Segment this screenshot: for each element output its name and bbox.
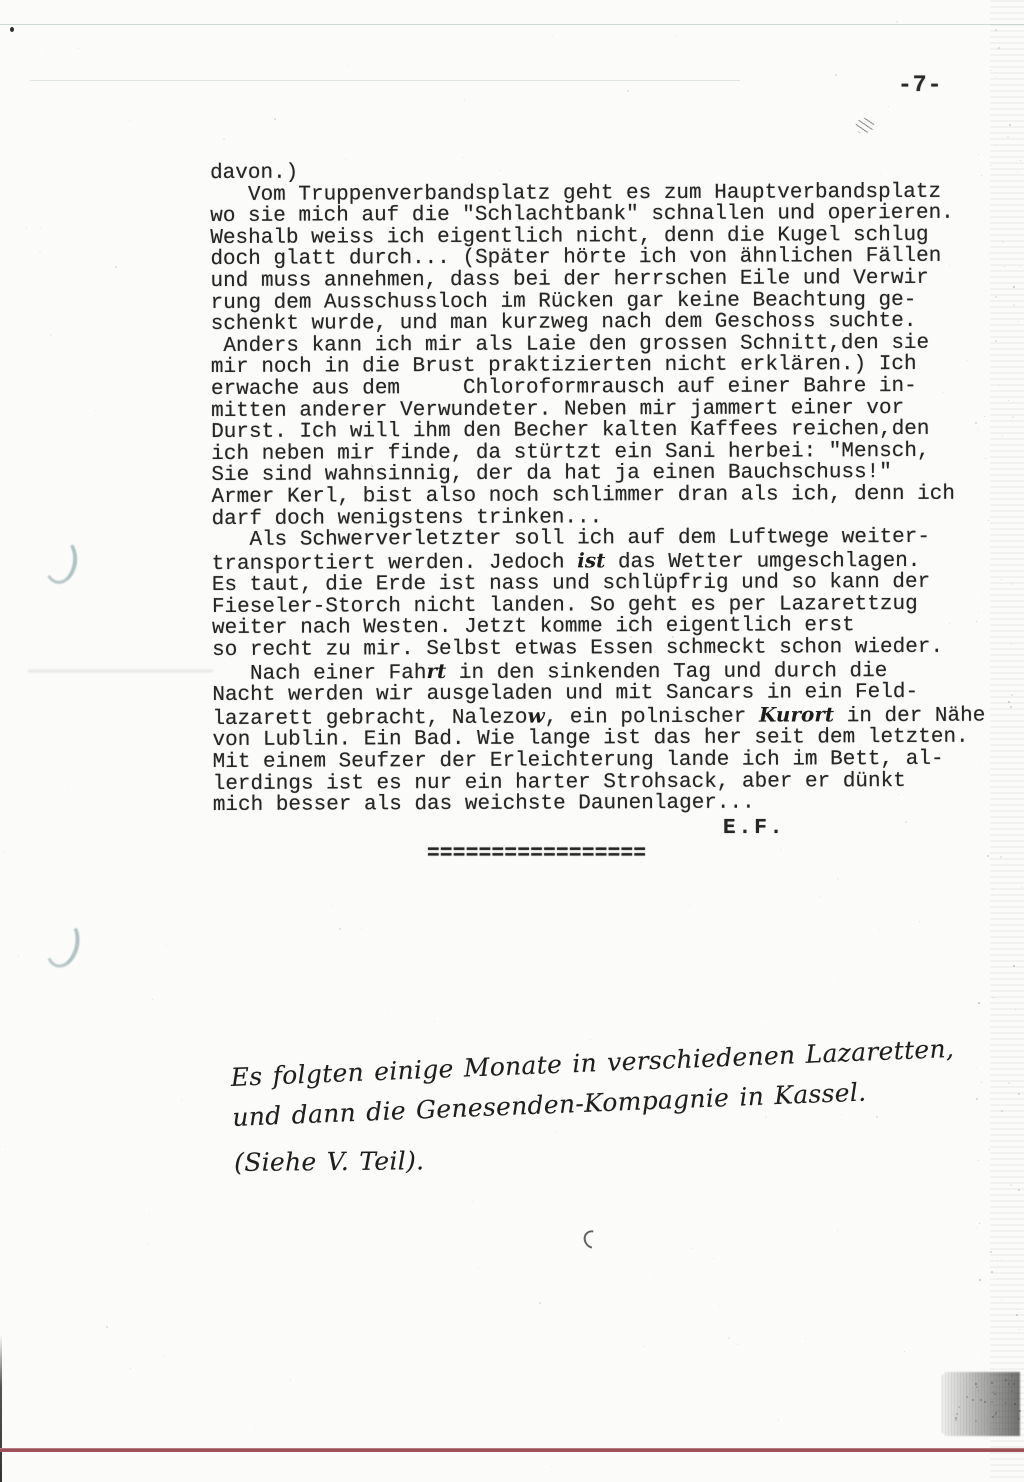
typed-line: Armer Kerl, bist also noch schlimmer dra…: [211, 484, 984, 509]
scanned-document-page: -7- davon.) Vom Truppenverbandsplatz geh…: [0, 0, 1024, 1482]
ink-dot-top-left: [10, 27, 14, 32]
scan-edge-line-left: [0, 1335, 2, 1482]
scan-noise-right-edge: [990, 0, 1024, 1482]
typed-separator-line: =================: [427, 843, 646, 866]
typed-text-segment: Nach einer Fah: [212, 662, 426, 686]
scan-artifact-line-top: [0, 24, 1024, 25]
typed-text-segment: in der Nähe: [834, 704, 985, 728]
typed-text-segment: Als Schwerverletzter soll ich auf dem Lu…: [212, 526, 930, 552]
handwritten-correction: rt: [426, 659, 446, 683]
hole-punch-mark-top: [41, 536, 80, 586]
page-number: -7-: [898, 72, 942, 98]
typed-line: Nacht werden wir ausgeladen und mit Sanc…: [212, 682, 985, 707]
scan-artifact-line-upper: [30, 80, 740, 81]
handwritten-line: (Siehe V. Teil).: [234, 1137, 958, 1183]
pen-squiggle-mark: [854, 116, 876, 136]
scan-smudge-bottom-right: [942, 1372, 1020, 1436]
handwritten-correction: Kurort: [759, 702, 834, 726]
handwritten-correction: ist: [577, 548, 605, 572]
hole-punch-mark-bottom: [41, 917, 85, 972]
typed-line: so recht zu mir. Selbst etwas Essen schm…: [212, 637, 985, 662]
signature-initials: E.F.: [723, 817, 785, 840]
stray-pen-mark: [580, 1227, 605, 1252]
typed-text-block: davon.) Vom Truppenverbandsplatz geht es…: [210, 160, 986, 817]
typed-line: mich besser als das weichste Daunenlager…: [213, 792, 986, 817]
handwritten-note: Es folgten einige Monate in verschiedene…: [230, 1029, 958, 1183]
typed-text-segment: so recht zu mir. Selbst etwas Essen schm…: [212, 636, 943, 662]
typed-text-segment: mich besser als das weichste Daunenlager…: [213, 792, 755, 817]
handwritten-correction: w: [527, 703, 544, 727]
typed-text-segment: davon.): [210, 162, 298, 185]
scan-artifact-smudge-left: [28, 670, 213, 672]
bottom-red-rule: [0, 1448, 1024, 1452]
